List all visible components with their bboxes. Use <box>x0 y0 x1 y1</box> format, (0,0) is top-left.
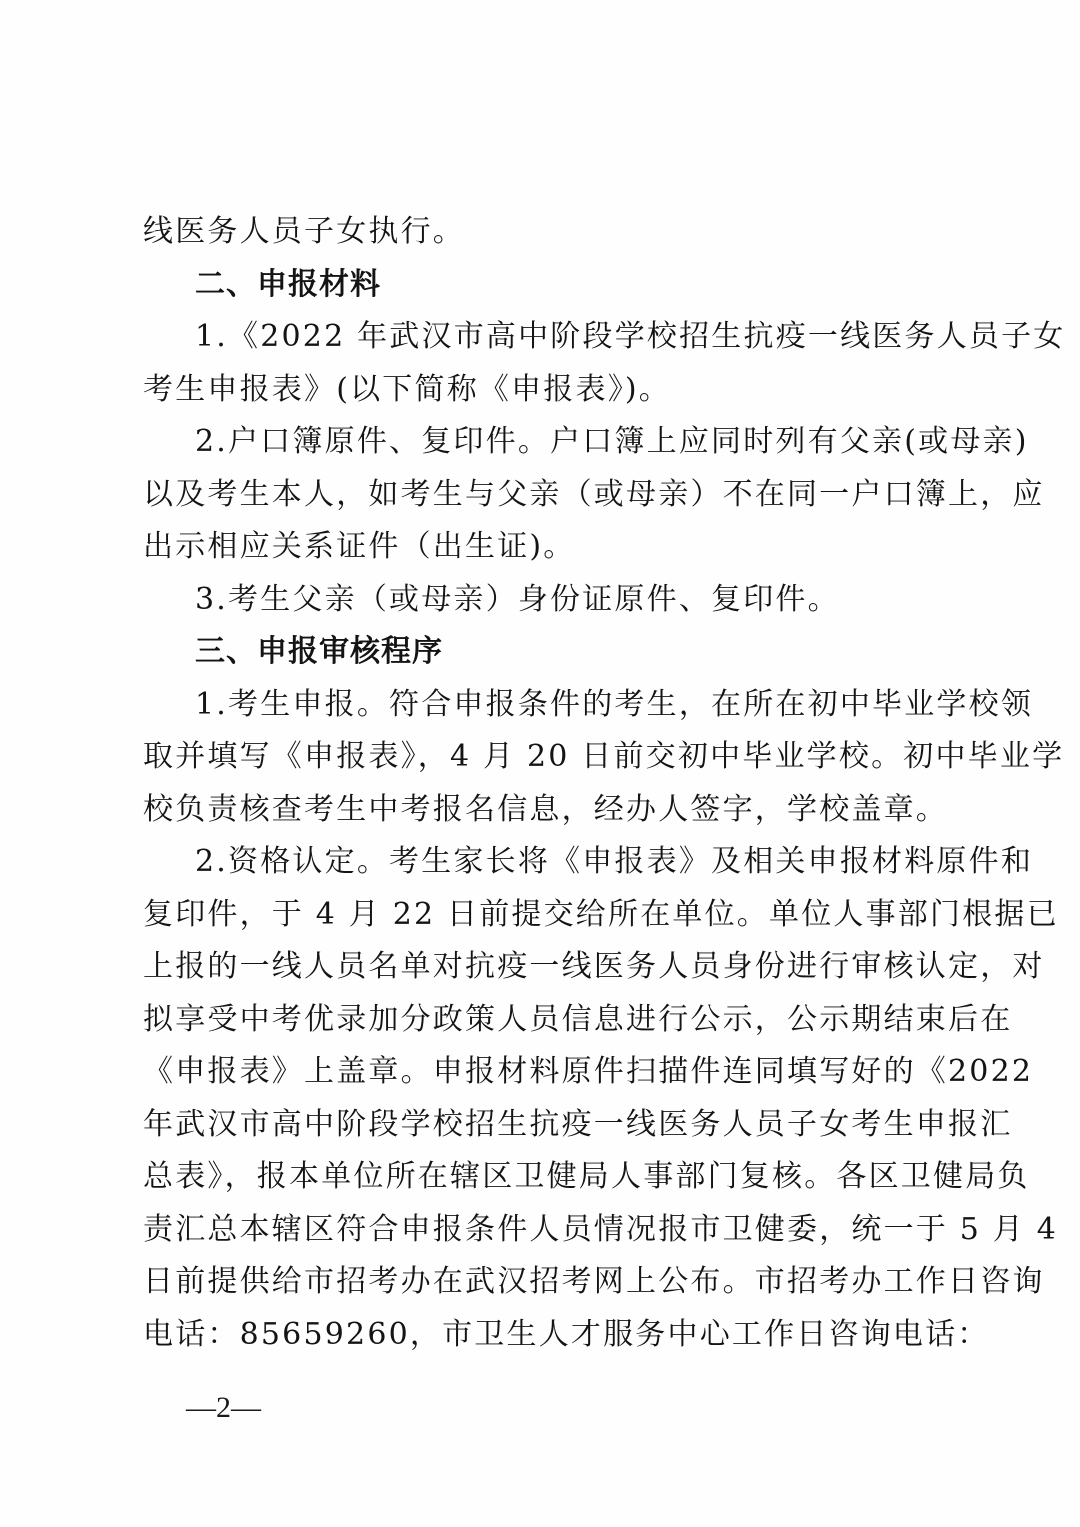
procedure-item-2-line-1: 2.资格认定。考生家长将《申报表》及相关申报材料原件和 <box>195 842 935 882</box>
procedure-item-2-line-7: 总表》，报本单位所在辖区卫健局人事部门复核。各区卫健局负 <box>143 1157 933 1197</box>
materials-item-3: 3.考生父亲（或母亲）身份证原件、复印件。 <box>195 580 935 620</box>
procedure-item-1-line-3: 校负责核查考生中考报名信息，经办人签字，学校盖章。 <box>143 790 933 830</box>
materials-item-2-line-3: 出示相应关系证件（出生证)。 <box>143 527 933 567</box>
procedure-item-2-line-8: 责汇总本辖区符合申报条件人员情况报市卫健委，统一于 5 月 4 <box>143 1210 933 1250</box>
materials-item-1-line-1: 1.《2022 年武汉市高中阶段学校招生抗疫一线医务人员子女 <box>195 317 935 357</box>
procedure-item-1-line-2: 取并填写《申报表》，4 月 20 日前交初中毕业学校。初中毕业学 <box>143 737 933 777</box>
document-page: 线医务人员子女执行。 二、申报材料 1.《2022 年武汉市高中阶段学校招生抗疫… <box>0 0 1080 1527</box>
procedure-item-1-line-1: 1.考生申报。符合申报条件的考生，在所在初中毕业学校领 <box>195 685 935 725</box>
materials-item-2-line-1: 2.户口簿原件、复印件。户口簿上应同时列有父亲(或母亲) <box>195 422 935 462</box>
procedure-item-2-line-9: 日前提供给市招考办在武汉招考网上公布。市招考办工作日咨询 <box>143 1262 933 1302</box>
procedure-item-2-line-4: 拟享受中考优录加分政策人员信息进行公示，公示期结束后在 <box>143 1000 933 1040</box>
page-number: —2— <box>186 1388 261 1428</box>
procedure-item-2-line-6: 年武汉市高中阶段学校招生抗疫一线医务人员子女考生申报汇 <box>143 1105 933 1145</box>
procedure-item-2-line-2: 复印件，于 4 月 22 日前提交给所在单位。单位人事部门根据已 <box>143 895 933 935</box>
paragraph-line-continuation: 线医务人员子女执行。 <box>143 212 933 252</box>
materials-item-1-line-2: 考生申报表》(以下简称《申报表》)。 <box>143 370 933 410</box>
section-heading-review-procedure: 三、申报审核程序 <box>195 632 935 672</box>
procedure-item-2-line-5: 《申报表》上盖章。申报材料原件扫描件连同填写好的《2022 <box>143 1052 933 1092</box>
procedure-item-2-line-3: 上报的一线人员名单对抗疫一线医务人员身份进行审核认定，对 <box>143 947 933 987</box>
materials-item-2-line-2: 以及考生本人，如考生与父亲（或母亲）不在同一户口簿上，应 <box>143 475 933 515</box>
section-heading-materials: 二、申报材料 <box>195 265 935 305</box>
procedure-item-2-line-10: 电话：85659260，市卫生人才服务中心工作日咨询电话： <box>143 1315 933 1355</box>
